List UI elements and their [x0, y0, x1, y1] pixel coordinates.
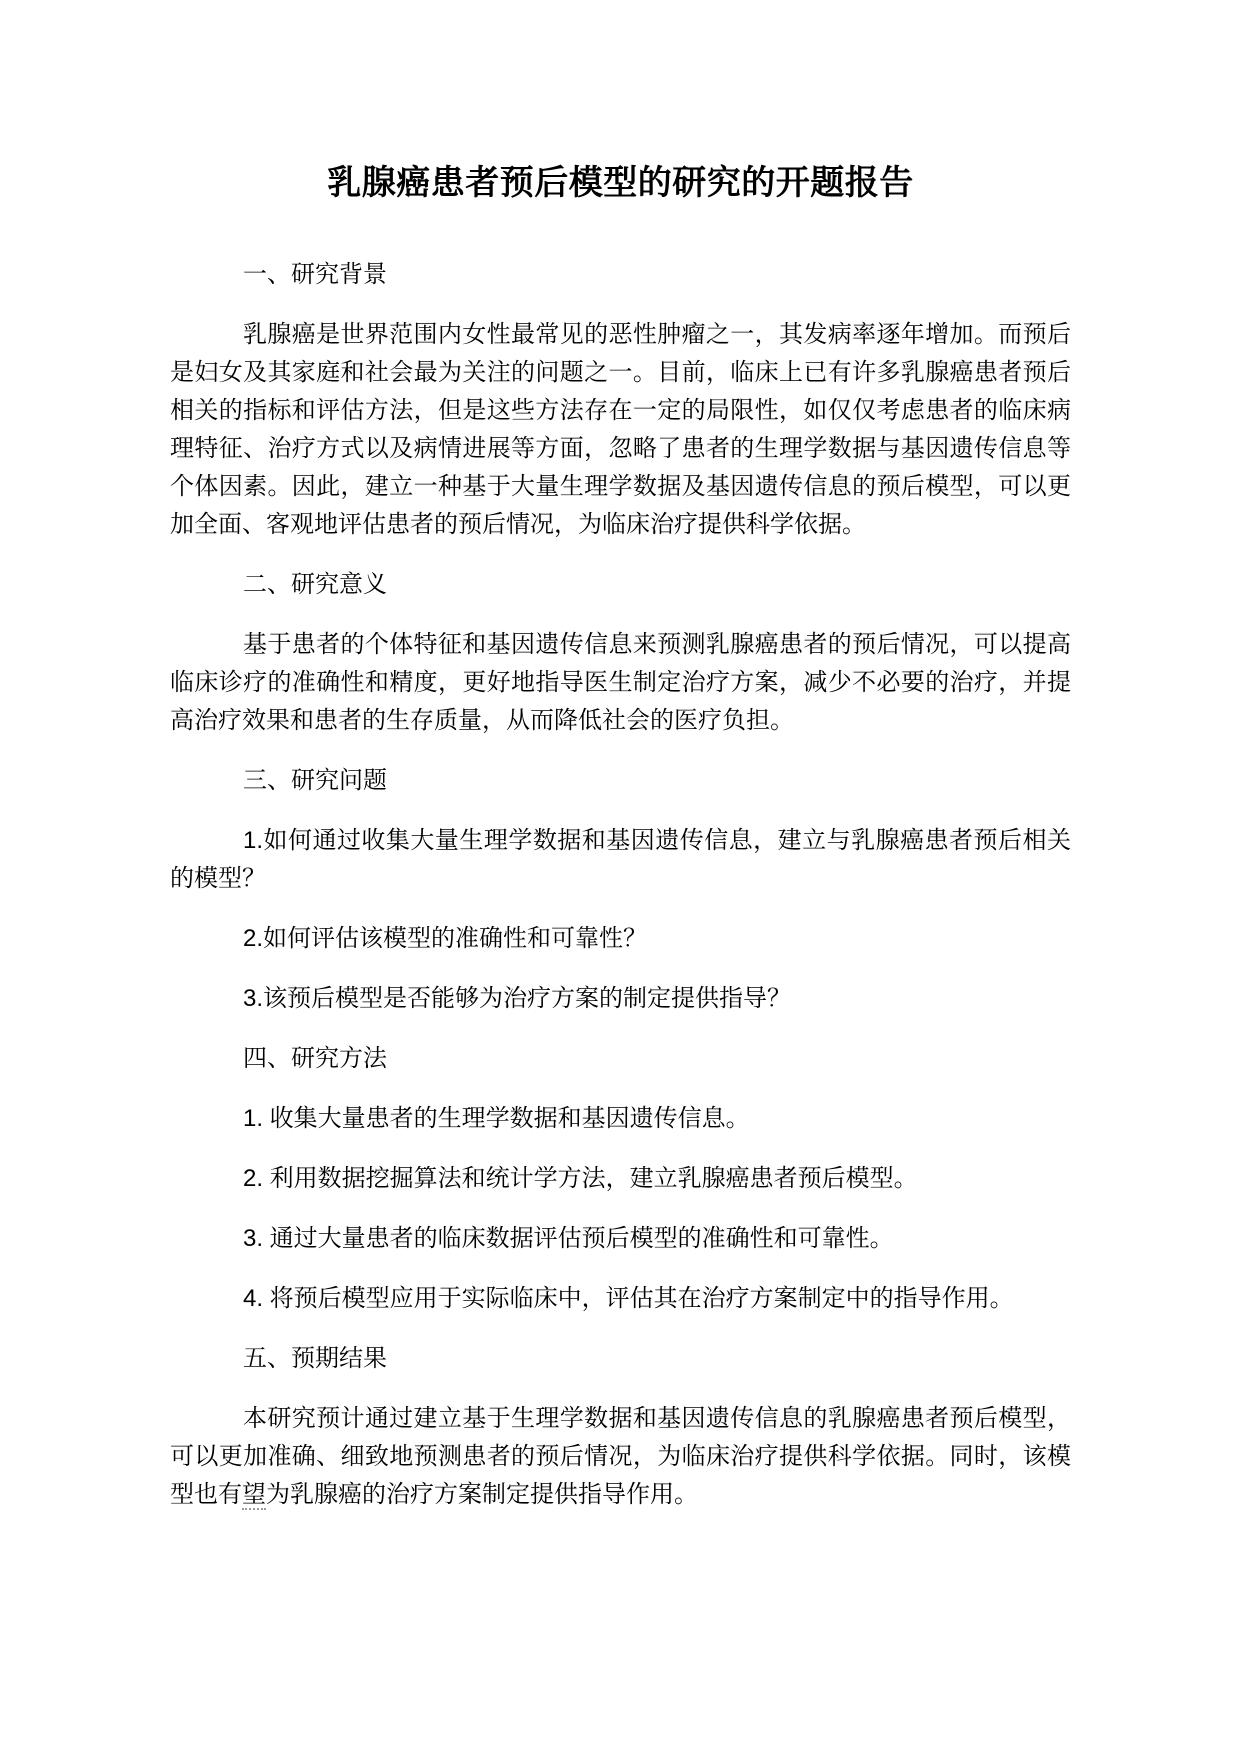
section-heading-significance: 二、研究意义: [170, 566, 1071, 604]
research-question-2: 2.如何评估该模型的准确性和可靠性？: [170, 920, 1071, 958]
method-item-4: 4. 将预后模型应用于实际临床中，评估其在治疗方案制定中的指导作用。: [170, 1280, 1071, 1318]
document-page: 乳腺癌患者预后模型的研究的开题报告 一、研究背景 乳腺癌是世界范围内女性最常见的…: [0, 0, 1241, 1754]
section-heading-questions: 三、研究问题: [170, 762, 1071, 800]
method-item-2: 2. 利用数据挖掘算法和统计学方法，建立乳腺癌患者预后模型。: [170, 1160, 1071, 1198]
section-heading-expected-results: 五、预期结果: [170, 1340, 1071, 1378]
paragraph-significance: 基于患者的个体特征和基因遗传信息来预测乳腺癌患者的预后情况，可以提高临床诊疗的准…: [170, 626, 1071, 740]
paragraph-expected-results: 本研究预计通过建立基于生理学数据和基因遗传信息的乳腺癌患者预后模型，可以更加准确…: [170, 1400, 1071, 1514]
method-item-1: 1. 收集大量患者的生理学数据和基因遗传信息。: [170, 1100, 1071, 1138]
section-heading-methods: 四、研究方法: [170, 1040, 1071, 1078]
document-title: 乳腺癌患者预后模型的研究的开题报告: [170, 162, 1071, 204]
paragraph-background: 乳腺癌是世界范围内女性最常见的恶性肿瘤之一，其发病率逐年增加。而预后是妇女及其家…: [170, 316, 1071, 544]
research-question-3: 3.该预后模型是否能够为治疗方案的制定提供指导？: [170, 980, 1071, 1018]
spellcheck-underline-mark: 望: [242, 1481, 266, 1510]
section-heading-background: 一、研究背景: [170, 256, 1071, 294]
method-item-3: 3. 通过大量患者的临床数据评估预后模型的准确性和可靠性。: [170, 1220, 1071, 1258]
expected-results-text-post: 为乳腺癌的治疗方案制定提供指导作用。: [266, 1481, 698, 1508]
research-question-1: 1.如何通过收集大量生理学数据和基因遗传信息，建立与乳腺癌患者预后相关的模型？: [170, 822, 1071, 898]
